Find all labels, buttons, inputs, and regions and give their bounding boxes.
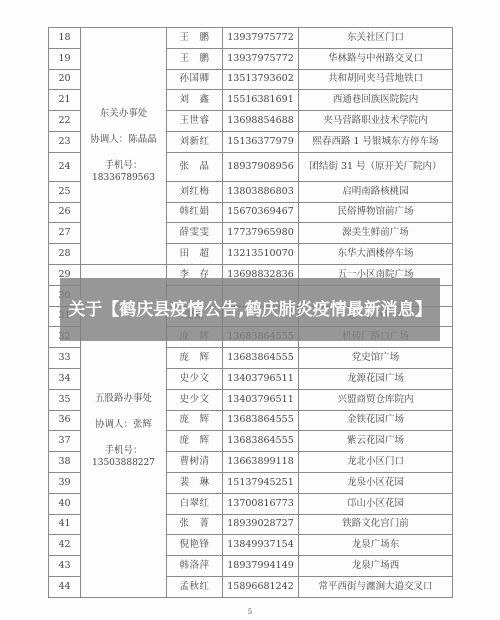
contact-phone: 15136377979: [223, 131, 299, 152]
site-location: 共和胡同夹马营地铁口: [299, 69, 453, 90]
site-location: 常平西街与瀍涧大道交叉口: [299, 576, 453, 597]
row-number: 44: [49, 576, 81, 597]
row-number: 40: [49, 493, 81, 514]
site-location: 龙泉广场东: [299, 535, 453, 556]
row-number: 23: [49, 131, 81, 152]
contact-name: 史少文: [167, 368, 223, 389]
site-location: 源美生鲜前广场: [299, 223, 453, 244]
contact-phone: 17737965980: [223, 223, 299, 244]
row-number: 19: [49, 48, 81, 69]
site-location: 华林路与中州路交叉口: [299, 48, 453, 69]
contact-name: 王世睿: [167, 111, 223, 132]
site-location: 龙泉广场西: [299, 556, 453, 577]
site-location: 夹马营路职业技术学院内: [299, 111, 453, 132]
office-coordinator: 协调人：张辉: [81, 419, 166, 431]
contact-phone: 13700816773: [223, 493, 299, 514]
contact-phone: 15896681242: [223, 576, 299, 597]
row-number: 41: [49, 514, 81, 535]
site-location: 启明南路核桃园: [299, 181, 453, 202]
contact-phone: 15137945251: [223, 472, 299, 493]
row-number: 21: [49, 90, 81, 111]
site-location: 党史馆广场: [299, 348, 453, 369]
contact-name: 刘 鑫: [167, 90, 223, 111]
contact-phone: 13937975772: [223, 48, 299, 69]
contact-name: 庞 辉: [167, 348, 223, 369]
contact-phone: 13849937154: [223, 535, 299, 556]
row-number: 33: [49, 348, 81, 369]
site-location: 团结街 31 号（原开关厂院内）: [299, 152, 453, 181]
contact-name: 张 晶: [167, 152, 223, 181]
office-name: 五股路办事处: [81, 393, 166, 405]
headline-overlay-title[interactable]: 关于【鹤庆县疫情公告,鹤庆肺炎疫情最新消息】: [62, 298, 437, 322]
contact-phone: 15516381691: [223, 90, 299, 111]
office-coordinator: 协调人：陈晶晶: [81, 134, 166, 146]
row-number: 27: [49, 223, 81, 244]
table-row: 18东关办事处协调人：陈晶晶手机号：18336789563王 鹏13937975…: [49, 28, 453, 49]
site-location: 金铁花园广场: [299, 410, 453, 431]
row-number: 42: [49, 535, 81, 556]
site-location: 兴盟商贸仓库院内: [299, 389, 453, 410]
headline-overlay-banner[interactable]: 关于【鹤庆县疫情公告,鹤庆肺炎疫情最新消息】: [60, 278, 440, 341]
office-phone: 13503888227: [81, 457, 166, 469]
office-name: 东关办事处: [81, 108, 166, 120]
contact-phone: 15670369467: [223, 202, 299, 223]
contact-name: 白翠红: [167, 493, 223, 514]
contact-phone: 13213510070: [223, 244, 299, 265]
contact-name: 史少文: [167, 389, 223, 410]
site-location: 铁路文化宫门前: [299, 514, 453, 535]
contact-name: 曹树清: [167, 452, 223, 473]
contact-phone: 18937994149: [223, 556, 299, 577]
contact-phone: 13683864555: [223, 410, 299, 431]
contact-phone: 13663899118: [223, 452, 299, 473]
site-location: 熙春西路 1 号银城东方停车场: [299, 131, 453, 152]
contact-phone: 13937975772: [223, 28, 299, 49]
row-number: 20: [49, 69, 81, 90]
row-number: 37: [49, 431, 81, 452]
contact-name: 孙国卿: [167, 69, 223, 90]
contact-name: 刘新红: [167, 131, 223, 152]
row-number: 25: [49, 181, 81, 202]
contact-name: 庞 辉: [167, 410, 223, 431]
row-number: 34: [49, 368, 81, 389]
row-number: 22: [49, 111, 81, 132]
contact-name: 王 鹏: [167, 48, 223, 69]
site-location: 龙源花园广场: [299, 368, 453, 389]
contact-name: 王 鹏: [167, 28, 223, 49]
contact-phone: 13698854688: [223, 111, 299, 132]
site-location: 邙山小区花园: [299, 493, 453, 514]
site-location: 龙泉小区花园: [299, 472, 453, 493]
row-number: 18: [49, 28, 81, 49]
contact-name: 薛雯雯: [167, 223, 223, 244]
row-number: 35: [49, 389, 81, 410]
site-location: 紫云花园广场: [299, 431, 453, 452]
contact-phone: 18937908956: [223, 152, 299, 181]
site-location: 东华大酒楼停车场: [299, 244, 453, 265]
office-phone: 18336789563: [81, 172, 166, 184]
row-number: 39: [49, 472, 81, 493]
contact-name: 裴 琳: [167, 472, 223, 493]
row-number: 24: [49, 152, 81, 181]
contact-name: 倪艳锋: [167, 535, 223, 556]
contact-phone: 18939028727: [223, 514, 299, 535]
contact-phone: 13803886803: [223, 181, 299, 202]
office-cell: 东关办事处协调人：陈晶晶手机号：18336789563: [81, 28, 167, 265]
contact-name: 刘红梅: [167, 181, 223, 202]
row-number: 38: [49, 452, 81, 473]
contact-phone: 13683864555: [223, 431, 299, 452]
contact-name: 韩红娟: [167, 202, 223, 223]
page-number: 5: [0, 608, 500, 616]
row-number: 26: [49, 202, 81, 223]
contact-phone: 13513793602: [223, 69, 299, 90]
office-phone-label: 手机号：: [81, 160, 166, 172]
contact-name: 张 菁: [167, 514, 223, 535]
site-location: 东关社区门口: [299, 28, 453, 49]
contact-name: 韩洛萍: [167, 556, 223, 577]
contact-phone: 13403796511: [223, 368, 299, 389]
office-phone-label: 手机号：: [81, 445, 166, 457]
row-number: 43: [49, 556, 81, 577]
site-location: 西通巷回族医院院内: [299, 90, 453, 111]
contact-phone: 13403796511: [223, 389, 299, 410]
site-location: 民俗博物馆前广场: [299, 202, 453, 223]
row-number: 28: [49, 244, 81, 265]
site-location: 龙北小区门口: [299, 452, 453, 473]
contact-phone: 13683864555: [223, 348, 299, 369]
contact-name: 孟秋红: [167, 576, 223, 597]
row-number: 36: [49, 410, 81, 431]
contact-name: 庞 辉: [167, 431, 223, 452]
contact-name: 田 超: [167, 244, 223, 265]
